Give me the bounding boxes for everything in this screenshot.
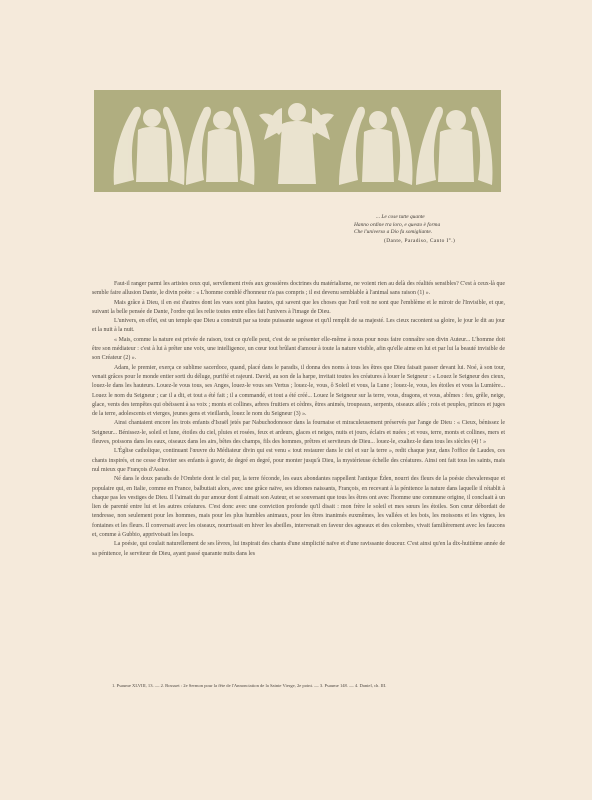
angels-icon (94, 90, 501, 192)
epigraph-line: Che l'universo a Dio fa somigliante. (354, 229, 534, 237)
epigraph-source: (Dante, Paradiso, Canto I°.) (354, 238, 534, 246)
paragraph: Faut-il ranger parmi les artistes ceux q… (92, 280, 505, 299)
paragraph: L'univers, en effet, est un temple que D… (92, 317, 505, 336)
epigraph-line: ... Le cose tutte quante (354, 214, 534, 222)
footnotes: 1. Psaume XLVIII, 13. — 2. Bossuet : 2e … (112, 683, 512, 688)
paragraph: Mais grâce à Dieu, il en est d'autres do… (92, 299, 505, 318)
paragraph: Adam, le premier, exerça ce sublime sace… (92, 364, 505, 420)
epigraph: ... Le cose tutte quante Hanno ordine tr… (354, 214, 534, 245)
paragraph: « Mais, comme la nature est privée de ra… (92, 336, 505, 364)
paragraph: La poésie, qui coulait naturellement de … (92, 540, 505, 559)
angel-frieze-illustration (94, 90, 501, 192)
paragraph: L'Église catholique, continuant l'œuvre … (92, 447, 505, 475)
paragraph: Ainsi chantaient encore les trois enfant… (92, 419, 505, 447)
paragraph: Né dans le doux paradis de l'Ombrie dont… (92, 475, 505, 540)
body-text: Faut-il ranger parmi les artistes ceux q… (92, 280, 505, 559)
